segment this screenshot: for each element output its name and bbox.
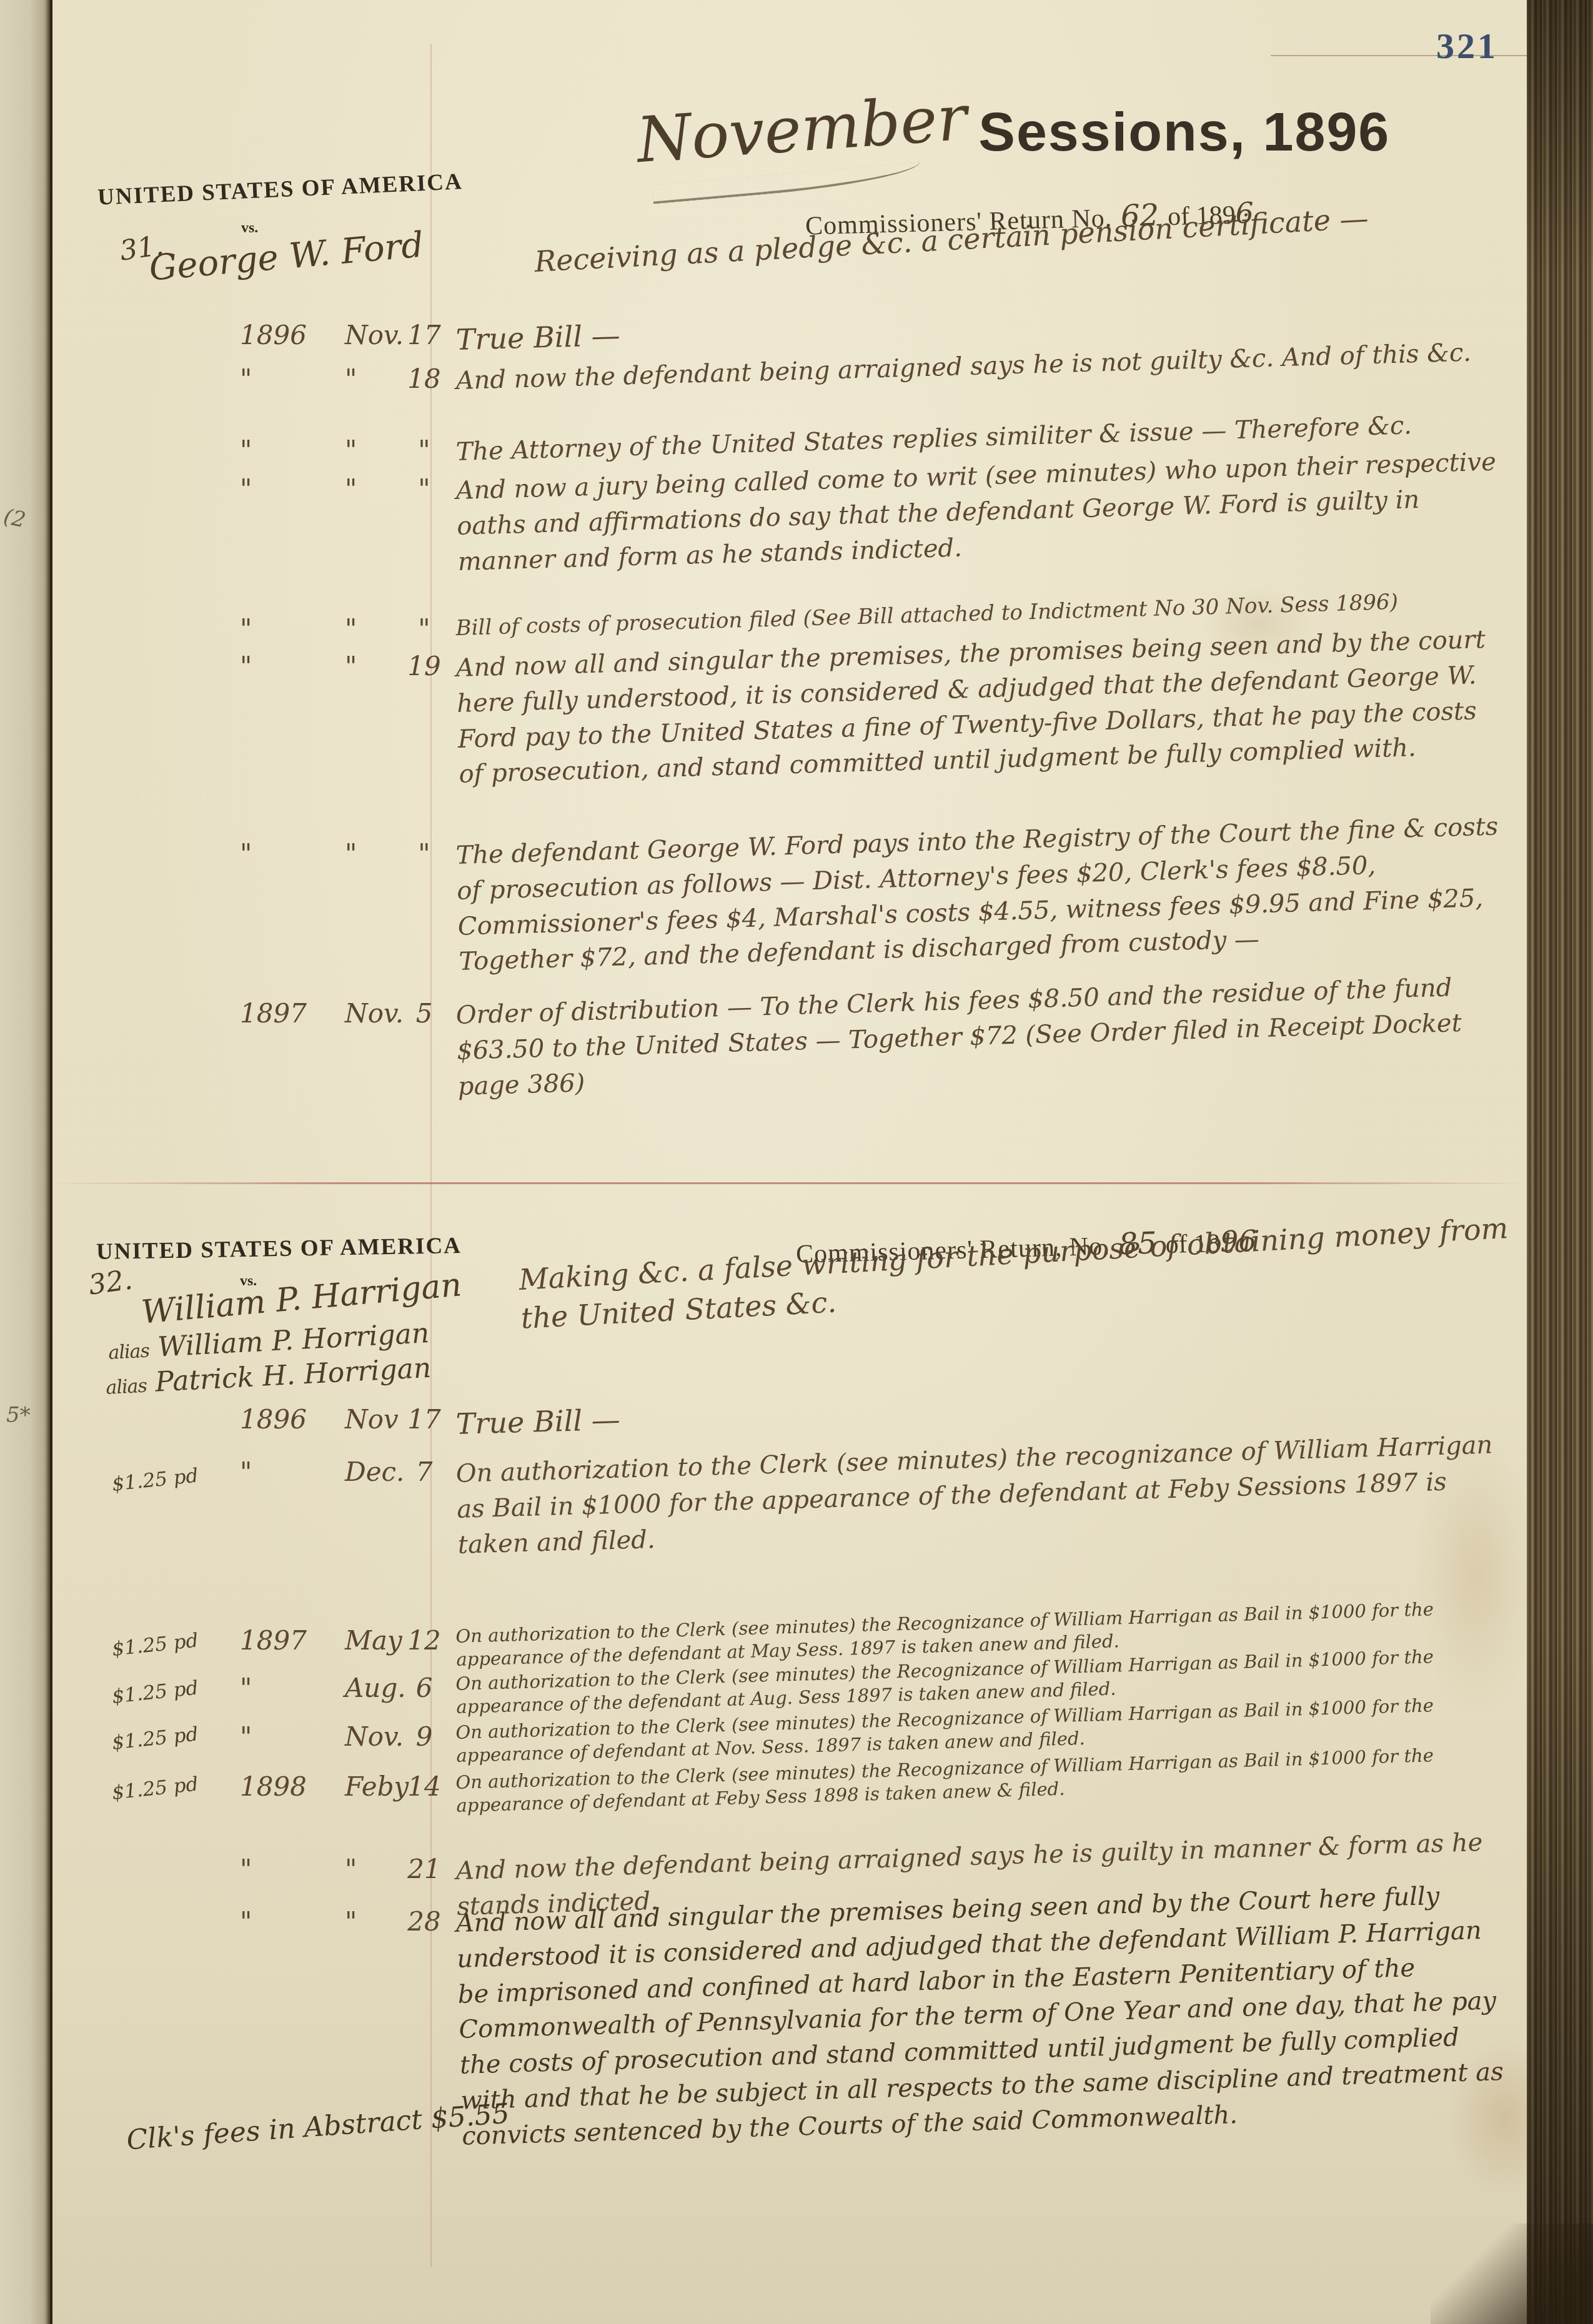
ledger-photo: 321 NovemberSessions, 1896 Commissioners… — [0, 0, 1593, 2324]
entry-date-year: " — [240, 435, 340, 465]
entry-date-year: " — [240, 363, 340, 394]
entry-date-day: 17 — [399, 320, 449, 350]
entry-date-year: " — [240, 1673, 340, 1703]
session-title: NovemberSessions, 1896 — [637, 92, 1390, 166]
entry-date-year: 1896 — [240, 1404, 340, 1435]
margin-fee-note: $1.25 pd — [111, 1672, 244, 1708]
clerk-fees-footnote: Clk's fees in Abstract $5.55 — [126, 2098, 510, 2157]
entry-text: The defendant George W. Ford pays into t… — [455, 809, 1509, 980]
entry-date-year: 1898 — [240, 1771, 340, 1802]
entry-date-day: " — [399, 473, 449, 504]
case1-plaintiff: UNITED STATES OF AMERICA — [97, 168, 463, 210]
entry-date-day: " — [399, 838, 449, 869]
entry-date-day: 5 — [399, 998, 449, 1029]
entry-date-day: 17 — [399, 1404, 449, 1435]
entry-date-day: 12 — [399, 1625, 449, 1656]
case1-defendant-name: George W. Ford — [147, 225, 425, 289]
session-title-printed: Sessions, 1896 — [978, 101, 1390, 162]
case1-vs: vs. — [241, 220, 258, 237]
case2-docket-number: 32. — [87, 1263, 134, 1301]
alias-label: alias — [108, 1340, 150, 1364]
entry-date-year: " — [240, 473, 340, 504]
entry-date-day: 9 — [399, 1721, 449, 1752]
margin-fee-note: $1.25 pd — [111, 1624, 244, 1661]
case2-plaintiff: UNITED STATES OF AMERICA — [96, 1232, 462, 1265]
ledger-page: 321 NovemberSessions, 1896 Commissioners… — [52, 0, 1527, 2324]
entry-date-day: 21 — [399, 1854, 449, 1884]
entry-date-year: " — [240, 1854, 340, 1884]
entry-date-day: " — [399, 613, 449, 644]
entry-date-year: 1897 — [240, 1625, 340, 1656]
entry-date-year: " — [240, 651, 340, 681]
corner-shadow — [1431, 2223, 1593, 2324]
entry-date-year: 1896 — [240, 320, 340, 350]
entry-date-day: " — [399, 435, 449, 465]
previous-page-edge — [0, 0, 50, 2324]
margin-fee-note: $1.25 pd — [111, 1768, 244, 1804]
entry-text: And now all and singular the premises, t… — [455, 621, 1509, 793]
entry-date-day: 28 — [399, 1906, 449, 1937]
entry-date-year: 1897 — [240, 998, 340, 1029]
entry-date-year: " — [240, 838, 340, 869]
entry-date-year: " — [240, 613, 340, 644]
margin-fee-note: $1.25 pd — [111, 1460, 244, 1496]
entry-date-year: " — [240, 1456, 340, 1487]
margin-fee-note: $1.25 pd — [111, 1718, 244, 1754]
page-number: 321 — [1436, 25, 1498, 67]
entry-date-year: " — [240, 1721, 340, 1752]
entry-date-day: 7 — [399, 1456, 449, 1487]
entry-date-day: 14 — [399, 1771, 449, 1802]
book-fore-edge — [1527, 0, 1593, 2324]
entry-text: And now all and singular the premises be… — [455, 1877, 1511, 2154]
case-separator-rule — [56, 1182, 1518, 1184]
prev-page-bleed-mark: 5* — [6, 1403, 31, 1428]
entry-date-day: 6 — [399, 1673, 449, 1703]
entry-date-day: 19 — [399, 651, 449, 681]
alias-label: alias — [106, 1375, 147, 1399]
entry-date-year: " — [240, 1906, 340, 1937]
entry-date-day: 18 — [399, 363, 449, 394]
